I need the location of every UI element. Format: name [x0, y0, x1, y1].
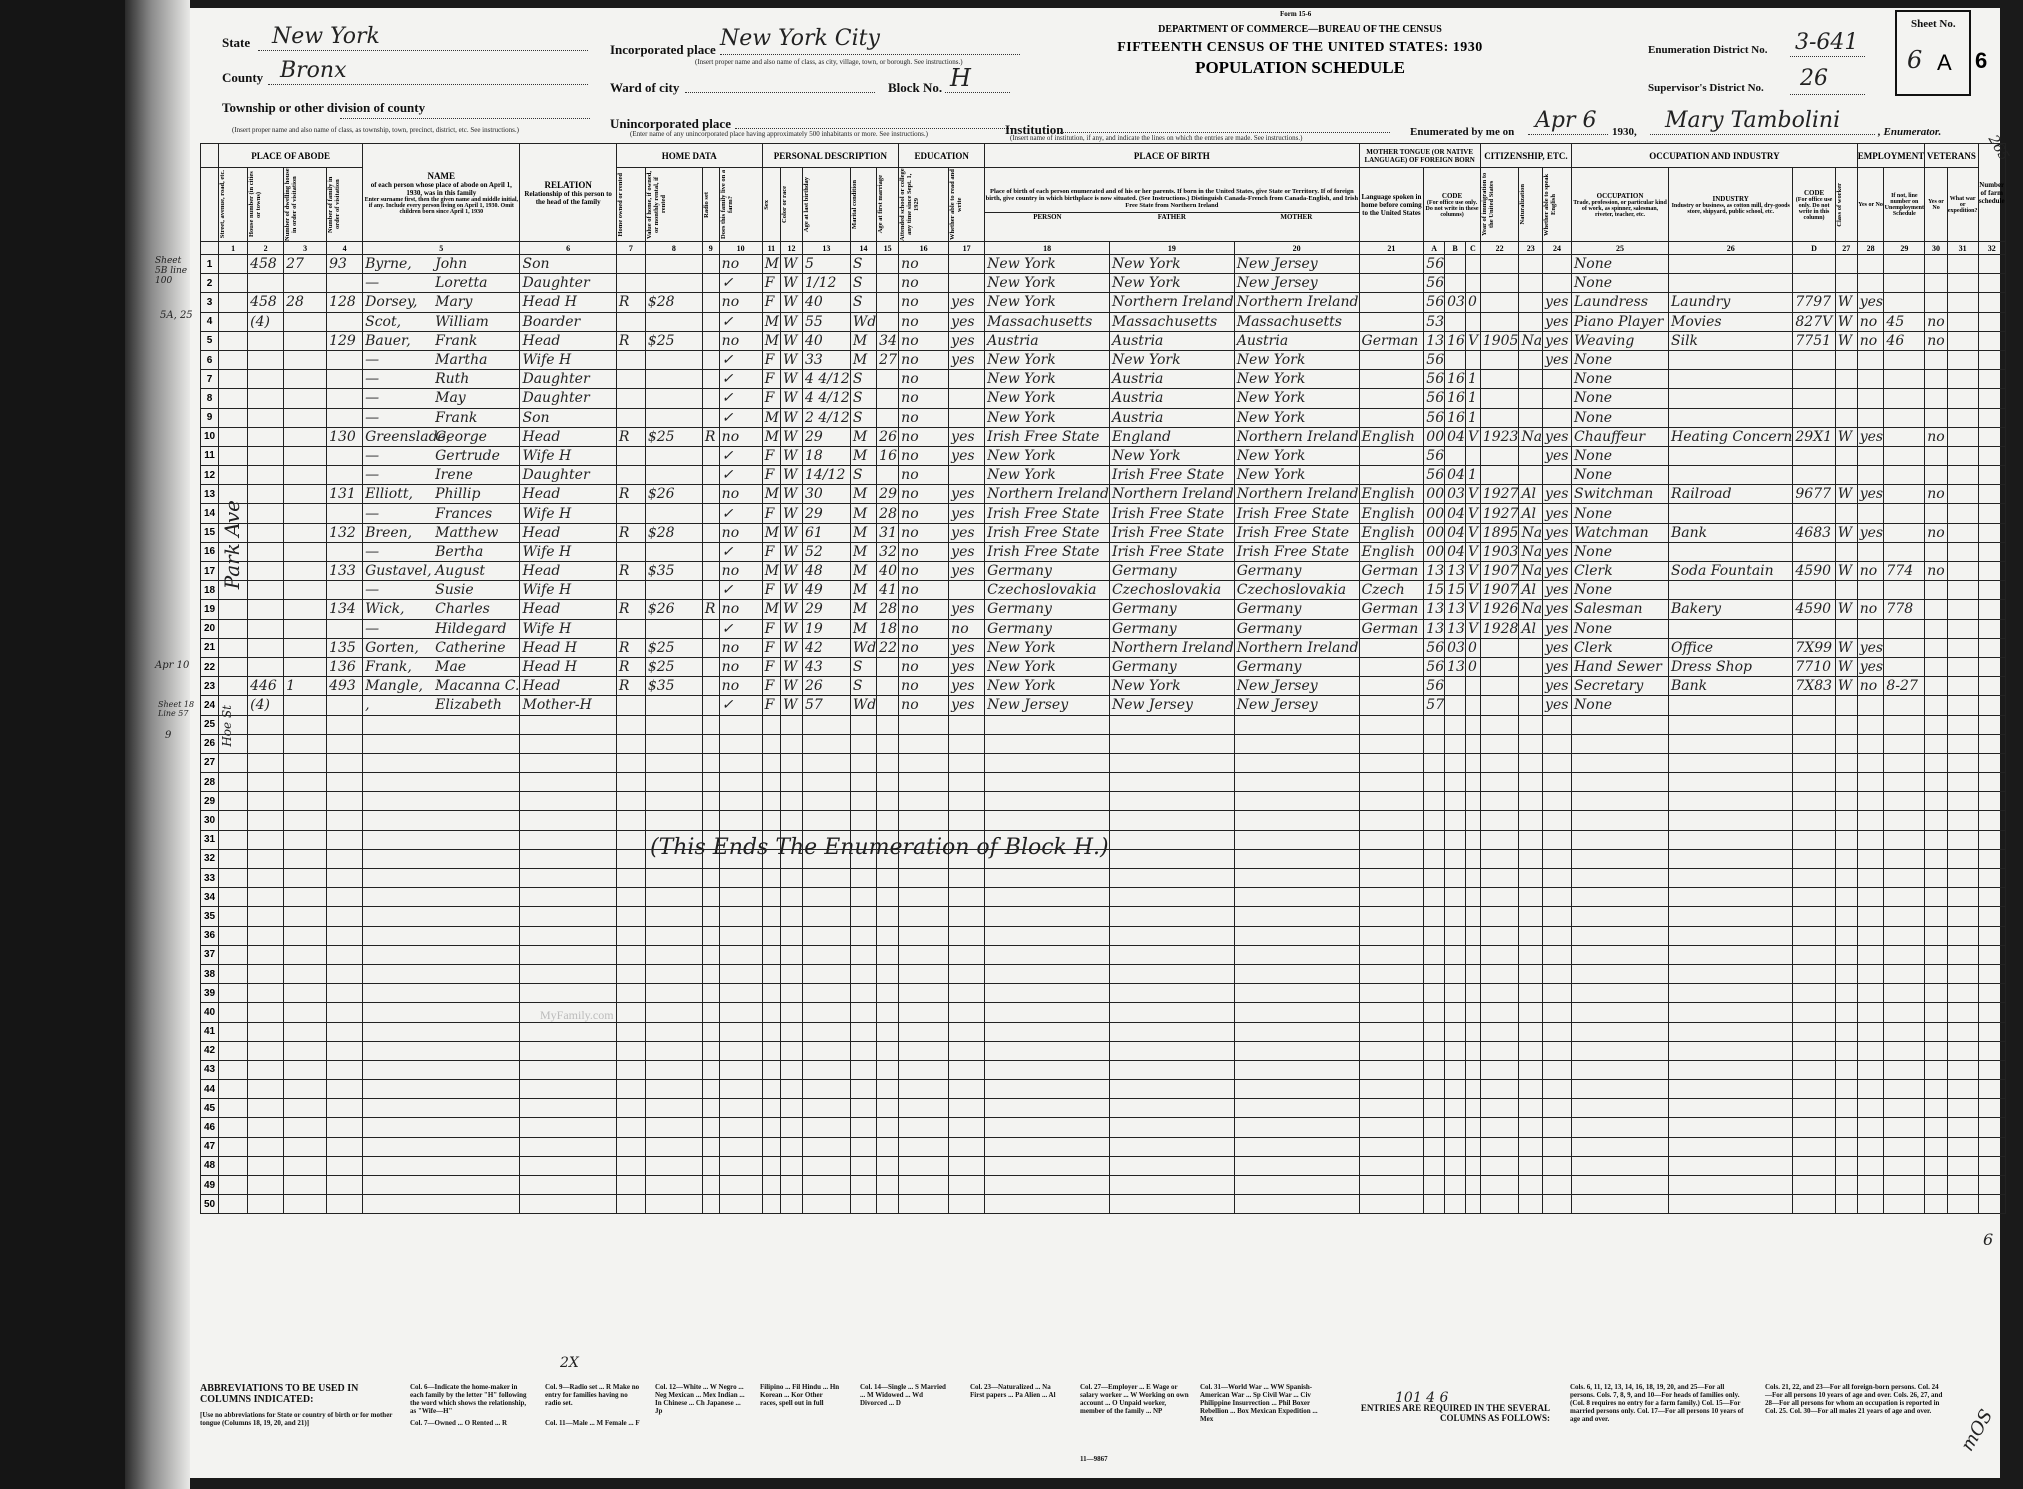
cell-farm	[719, 1060, 762, 1079]
cell-vet	[1925, 657, 1948, 676]
cell-immig	[1480, 1099, 1519, 1118]
cell-marital: M	[850, 427, 876, 446]
cell-codeC: 1	[1465, 389, 1480, 408]
cell-english: yes	[1543, 677, 1572, 696]
cell-mother-b	[1234, 1080, 1359, 1099]
cell-value: $25	[645, 657, 702, 676]
cell-tenure	[616, 1003, 645, 1022]
cell-tongue	[1359, 312, 1424, 331]
cell-unemp	[1884, 274, 1925, 293]
margin-note-5a: 5A, 25	[160, 310, 193, 321]
cell-industry: Laundry	[1669, 293, 1793, 312]
cell-age	[803, 715, 851, 734]
cell-codeD: 7X99	[1793, 638, 1835, 657]
cell-english	[1543, 1195, 1572, 1214]
cell-family	[327, 888, 363, 907]
cell-war	[1947, 773, 1978, 792]
cell-codeD	[1793, 504, 1835, 523]
cell-war	[1947, 984, 1978, 1003]
cell-house	[248, 830, 284, 849]
line-number: 32	[201, 849, 219, 868]
cell-codeB	[1445, 1176, 1466, 1195]
cell-father-b: Irish Free State	[1109, 466, 1234, 485]
cell-school: no	[899, 389, 949, 408]
cell-family	[327, 984, 363, 1003]
cell-age-marr	[877, 792, 899, 811]
cell-work	[1857, 734, 1884, 753]
cell-unemp	[1884, 1176, 1925, 1195]
cell-farm	[719, 869, 762, 888]
cell-vet: no	[1925, 331, 1948, 350]
cell-tenure	[616, 1041, 645, 1060]
cell-value	[645, 964, 702, 983]
cell-tenure	[616, 926, 645, 945]
cell-race: W	[781, 696, 803, 715]
cell-house	[248, 408, 284, 427]
cell-father-b: Austria	[1109, 370, 1234, 389]
cell-codeD	[1793, 734, 1835, 753]
cell-occupation	[1572, 869, 1669, 888]
cell-radio	[702, 350, 719, 369]
cell-tongue	[1359, 849, 1424, 868]
cell-codeD: 4590	[1793, 600, 1835, 619]
cell-natur	[1519, 907, 1543, 926]
surname: —	[365, 544, 435, 560]
cell-tenure	[616, 1137, 645, 1156]
cell-immig	[1480, 964, 1519, 983]
table-row: 234461493Mangle,Macanna C.HeadR$35noFW26…	[201, 677, 2023, 696]
cell-age-marr	[877, 811, 899, 830]
cell-occupation: Hand Sewer	[1572, 657, 1669, 676]
given-name: Mae	[435, 659, 466, 675]
cell-father-b: Northern Ireland	[1109, 293, 1234, 312]
cell-farm: ✓	[719, 312, 762, 331]
cell-war	[1947, 619, 1978, 638]
cell-age	[803, 1041, 851, 1060]
person-name: Wick,Charles	[363, 600, 520, 619]
cell-birth: Germany	[985, 600, 1110, 619]
cell-mother-b: New York	[1234, 408, 1359, 427]
cell-codeA: 56	[1424, 370, 1445, 389]
cell-value	[645, 1080, 702, 1099]
line-number: 18	[201, 581, 219, 600]
cell-vet	[1925, 715, 1948, 734]
cell-radio	[702, 734, 719, 753]
cell-family	[327, 312, 363, 331]
cell-father-b	[1109, 1118, 1234, 1137]
cell-farm: no	[719, 523, 762, 542]
cell-work	[1857, 1156, 1884, 1175]
cell-work: no	[1857, 677, 1884, 696]
cell-codeB: 16	[1445, 370, 1466, 389]
cell-farm	[719, 811, 762, 830]
cell-birth	[985, 984, 1110, 1003]
cell-race	[781, 945, 803, 964]
cell-unemp	[1884, 1118, 1925, 1137]
cell-tongue	[1359, 1003, 1424, 1022]
cell-race: W	[781, 619, 803, 638]
cell-farm: ✓	[719, 446, 762, 465]
cell-sex: F	[762, 466, 780, 485]
cell-work	[1857, 408, 1884, 427]
cell-occupation: None	[1572, 542, 1669, 561]
cell-vet	[1925, 1099, 1948, 1118]
cell-work: no	[1857, 600, 1884, 619]
cell-age-marr	[877, 926, 899, 945]
cell-natur: Na	[1519, 523, 1543, 542]
cell-codeA: 00	[1424, 427, 1445, 446]
cell-tenure: R	[616, 657, 645, 676]
cell-codeB	[1445, 1195, 1466, 1214]
cell-natur	[1519, 1022, 1543, 1041]
cell-birth: Germany	[985, 562, 1110, 581]
cell-race	[781, 1137, 803, 1156]
cell-birth: New York	[985, 274, 1110, 293]
cell-radio	[702, 964, 719, 983]
cell-relation	[520, 1118, 616, 1137]
cell-codeA: 13	[1424, 562, 1445, 581]
cell-age: 52	[803, 542, 851, 561]
census-rows: 14582793Byrne,JohnSonnoMW5SnoNew YorkNew…	[201, 255, 2023, 1214]
cell-mother-b: Czechoslovakia	[1234, 581, 1359, 600]
cell-sex	[762, 1041, 780, 1060]
person-name	[363, 984, 520, 1003]
line-number: 40	[201, 1003, 219, 1022]
given-name: William	[435, 314, 489, 330]
cell-mother-b: New Jersey	[1234, 274, 1359, 293]
cell-immig	[1480, 657, 1519, 676]
table-row: 34	[201, 888, 2023, 907]
table-row: 41	[201, 1022, 2023, 1041]
cell-age: 26	[803, 677, 851, 696]
line-number: 39	[201, 984, 219, 1003]
cell-read	[949, 964, 985, 983]
cell-english	[1543, 907, 1572, 926]
cell-race: W	[781, 504, 803, 523]
cell-dwelling	[284, 600, 327, 619]
cell-marital	[850, 792, 876, 811]
cell-family	[327, 830, 363, 849]
cell-farm: ✓	[719, 696, 762, 715]
cell-codeA	[1424, 945, 1445, 964]
cell-sex: F	[762, 638, 780, 657]
cell-father-b	[1109, 964, 1234, 983]
cell-codeB	[1445, 1041, 1466, 1060]
cell-tenure	[616, 1176, 645, 1195]
cell-marital: M	[850, 523, 876, 542]
cell-dwelling	[284, 350, 327, 369]
cell-war	[1947, 331, 1978, 350]
cell-industry	[1669, 773, 1793, 792]
cell-family	[327, 1118, 363, 1137]
given-name: Gertrude	[435, 448, 500, 464]
cell-immig	[1480, 389, 1519, 408]
cell-mother-b	[1234, 849, 1359, 868]
cell-value	[645, 715, 702, 734]
cell-tongue	[1359, 1137, 1424, 1156]
cell-industry	[1669, 1176, 1793, 1195]
cell-race	[781, 1176, 803, 1195]
cell-age: 48	[803, 562, 851, 581]
cell-codeB	[1445, 1080, 1466, 1099]
name-head: NAMEof each person whose place of abode …	[363, 144, 520, 242]
sheet-label: Sheet No.	[1911, 18, 1956, 30]
cell-work	[1857, 1041, 1884, 1060]
cell-marital: S	[850, 408, 876, 427]
cell-work	[1857, 1080, 1884, 1099]
cell-read	[949, 389, 985, 408]
cell-value	[645, 773, 702, 792]
cell-radio	[702, 792, 719, 811]
cell-worker	[1835, 830, 1857, 849]
cell-mother-b: Northern Ireland	[1234, 427, 1359, 446]
cell-codeA	[1424, 1118, 1445, 1137]
cell-natur	[1519, 255, 1543, 274]
person-name	[363, 1099, 520, 1118]
cell-immig	[1480, 255, 1519, 274]
cell-worker: W	[1835, 427, 1857, 446]
cell-codeD	[1793, 964, 1835, 983]
cell-father-b	[1109, 869, 1234, 888]
home-data-head: HOME DATA	[616, 144, 762, 168]
enumerated-year: 1930,	[1612, 126, 1637, 138]
cell-farm	[719, 1041, 762, 1060]
cell-codeD	[1793, 274, 1835, 293]
cell-industry: Dress Shop	[1669, 657, 1793, 676]
cell-tongue	[1359, 964, 1424, 983]
cell-worker: W	[1835, 312, 1857, 331]
cell-natur	[1519, 1080, 1543, 1099]
cell-farm: no	[719, 677, 762, 696]
cell-farm	[719, 964, 762, 983]
cell-tenure	[616, 696, 645, 715]
cell-industry: Bakery	[1669, 600, 1793, 619]
person-name	[363, 1195, 520, 1214]
cell-value	[645, 350, 702, 369]
cell-immig	[1480, 869, 1519, 888]
cell-immig	[1480, 792, 1519, 811]
cell-tongue	[1359, 830, 1424, 849]
cell-birth: New Jersey	[985, 696, 1110, 715]
cell-english	[1543, 1041, 1572, 1060]
given-name: Elizabeth	[435, 697, 502, 713]
cell-unemp	[1884, 350, 1925, 369]
cell-age-marr	[877, 408, 899, 427]
surname: —	[365, 410, 435, 426]
cell-school: no	[899, 619, 949, 638]
table-row: 14582793Byrne,JohnSonnoMW5SnoNew YorkNew…	[201, 255, 2023, 274]
cell-tenure	[616, 274, 645, 293]
cell-immig: 1907	[1480, 581, 1519, 600]
cell-father-b: New York	[1109, 274, 1234, 293]
sheet-number: 6	[1907, 46, 1922, 74]
cell-codeD	[1793, 984, 1835, 1003]
cell-natur: Al	[1519, 504, 1543, 523]
cell-race	[781, 964, 803, 983]
cell-age-marr: 34	[877, 331, 899, 350]
cell-marital	[850, 1060, 876, 1079]
cell-dwelling	[284, 888, 327, 907]
cell-father-b: Irish Free State	[1109, 523, 1234, 542]
cell-house	[248, 1080, 284, 1099]
cell-unemp	[1884, 293, 1925, 312]
cell-farm: no	[719, 562, 762, 581]
cell-english	[1543, 389, 1572, 408]
cell-codeB	[1445, 1156, 1466, 1175]
cell-age: 29	[803, 427, 851, 446]
cell-age-marr: 28	[877, 600, 899, 619]
line-number: 24	[201, 696, 219, 715]
cell-dwelling	[284, 1118, 327, 1137]
cell-race: W	[781, 562, 803, 581]
person-name	[363, 888, 520, 907]
cell-war	[1947, 1080, 1978, 1099]
cell-immig: 1928	[1480, 619, 1519, 638]
cell-english: yes	[1543, 542, 1572, 561]
cell-relation	[520, 926, 616, 945]
cell-codeA	[1424, 1060, 1445, 1079]
cell-english	[1543, 888, 1572, 907]
cell-immig	[1480, 1195, 1519, 1214]
person-name	[363, 1060, 520, 1079]
cell-farm	[719, 734, 762, 753]
cell-tenure	[616, 945, 645, 964]
cell-codeA	[1424, 1156, 1445, 1175]
cell-natur: Na	[1519, 427, 1543, 446]
cell-industry: Heating Concern	[1669, 427, 1793, 446]
cell-radio	[702, 677, 719, 696]
cell-read: yes	[949, 350, 985, 369]
surname: Greenslade,	[365, 429, 435, 445]
cell-work	[1857, 1060, 1884, 1079]
cell-house	[248, 466, 284, 485]
cell-immig	[1480, 696, 1519, 715]
cell-value	[645, 926, 702, 945]
cell-relation: Head	[520, 600, 616, 619]
cell-industry	[1669, 984, 1793, 1003]
cell-worker	[1835, 696, 1857, 715]
cell-house	[248, 849, 284, 868]
cell-dwelling	[284, 542, 327, 561]
cell-age-marr	[877, 964, 899, 983]
table-row: 12—IreneDaughter✓FW14/12SnoNew YorkIrish…	[201, 466, 2023, 485]
cell-work	[1857, 274, 1884, 293]
cell-work: yes	[1857, 657, 1884, 676]
cell-natur	[1519, 753, 1543, 772]
cell-codeA	[1424, 773, 1445, 792]
cell-radio	[702, 485, 719, 504]
cell-english	[1543, 1003, 1572, 1022]
cell-mother-b: New Jersey	[1234, 255, 1359, 274]
cell-father-b: Austria	[1109, 408, 1234, 427]
cell-read	[949, 792, 985, 811]
cell-father-b	[1109, 830, 1234, 849]
cell-age	[803, 888, 851, 907]
cell-unemp	[1884, 984, 1925, 1003]
cell-sex	[762, 945, 780, 964]
cell-unemp	[1884, 408, 1925, 427]
cell-age-marr	[877, 1041, 899, 1060]
cell-house	[248, 542, 284, 561]
cell-value	[645, 1099, 702, 1118]
cell-sex	[762, 1080, 780, 1099]
cell-mother-b: Massachusetts	[1234, 312, 1359, 331]
cell-father-b	[1109, 1137, 1234, 1156]
cell-industry	[1669, 504, 1793, 523]
table-row: 4(4)Scot,WilliamBoarder✓MW55WdnoyesMassa…	[201, 312, 2023, 331]
cell-radio	[702, 926, 719, 945]
cell-occupation: None	[1572, 255, 1669, 274]
cell-codeB	[1445, 312, 1466, 331]
cell-mother-b	[1234, 792, 1359, 811]
cell-worker	[1835, 446, 1857, 465]
cell-codeD	[1793, 581, 1835, 600]
cell-read	[949, 753, 985, 772]
table-row: 50	[201, 1195, 2023, 1214]
cell-radio	[702, 638, 719, 657]
table-row: 49	[201, 1176, 2023, 1195]
cell-radio	[702, 542, 719, 561]
cell-immig	[1480, 1156, 1519, 1175]
abbrev-col11: Col. 11—Male ... M Female ... F	[545, 1419, 645, 1427]
cell-age: 19	[803, 619, 851, 638]
cell-war	[1947, 466, 1978, 485]
cell-unemp	[1884, 792, 1925, 811]
cell-work	[1857, 1176, 1884, 1195]
cell-radio	[702, 581, 719, 600]
cell-mother-b	[1234, 811, 1359, 830]
cell-natur	[1519, 945, 1543, 964]
table-row: 38	[201, 964, 2023, 983]
cell-read: yes	[949, 562, 985, 581]
cell-war	[1947, 734, 1978, 753]
cell-relation: Mother-H	[520, 696, 616, 715]
cell-codeC	[1465, 907, 1480, 926]
cell-codeA	[1424, 734, 1445, 753]
cell-industry	[1669, 830, 1793, 849]
cell-radio	[702, 869, 719, 888]
cell-english	[1543, 408, 1572, 427]
cell-codeC: 0	[1465, 293, 1480, 312]
table-row: 30	[201, 811, 2023, 830]
cell-value	[645, 792, 702, 811]
cell-war	[1947, 485, 1978, 504]
cell-father-b: Germany	[1109, 657, 1234, 676]
cell-natur	[1519, 696, 1543, 715]
cell-marital	[850, 734, 876, 753]
cell-relation: Head	[520, 485, 616, 504]
cell-codeA	[1424, 1137, 1445, 1156]
cell-mother-b	[1234, 869, 1359, 888]
cell-war	[1947, 1060, 1978, 1079]
cell-unemp	[1884, 734, 1925, 753]
cell-age	[803, 1080, 851, 1099]
line-number: 44	[201, 1080, 219, 1099]
table-row: 24(4),ElizabethMother-H✓FW57WdnoyesNew J…	[201, 696, 2023, 715]
cell-school	[899, 926, 949, 945]
cell-codeA	[1424, 869, 1445, 888]
cell-work	[1857, 811, 1884, 830]
cell-farm: ✓	[719, 619, 762, 638]
cell-unemp: 45	[1884, 312, 1925, 331]
cell-race	[781, 1195, 803, 1214]
line-number: 29	[201, 792, 219, 811]
cell-occupation	[1572, 1156, 1669, 1175]
table-row: 16—BerthaWife H✓FW52M32noyesIrish Free S…	[201, 542, 2023, 561]
cell-age	[803, 734, 851, 753]
cell-school	[899, 1041, 949, 1060]
cell-farm: ✓	[719, 408, 762, 427]
